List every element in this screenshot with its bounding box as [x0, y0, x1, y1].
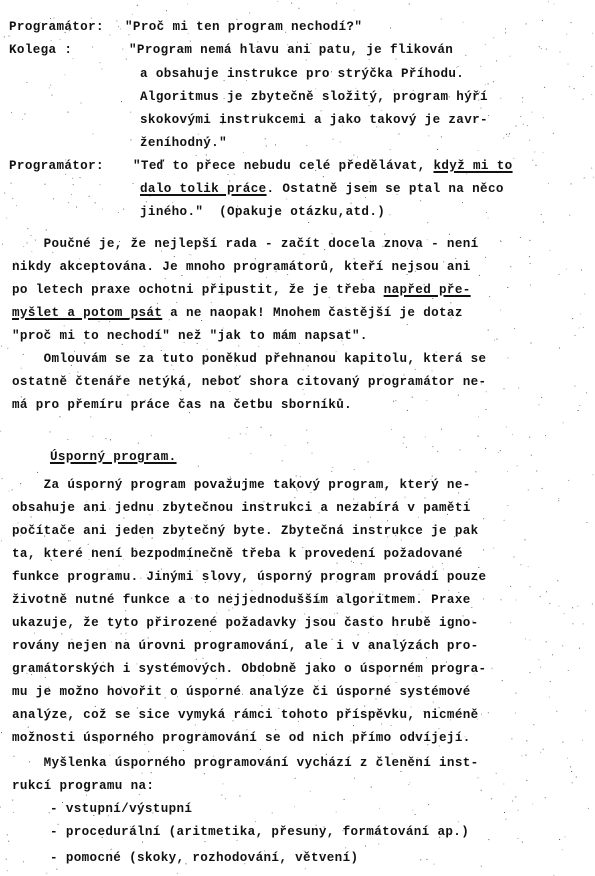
list-item: - procedurální (aritmetika, přesuny, for… [50, 825, 469, 839]
text-segment: Poučné je, že nejlepší rada - začít doce… [12, 237, 479, 251]
dialogue-line: skokovými instrukcemi a jako takový je z… [140, 113, 488, 127]
list-item: - pomocné (skoky, rozhodování, větvení) [50, 851, 358, 865]
dialogue-line: jiného." (Opakuje otázku,atd.) [140, 205, 385, 219]
paragraph-line: rukcí programu na: [12, 779, 154, 793]
dialogue-speaker: Programátor: [9, 20, 104, 34]
paragraph-line: "proč mi to nechodí" než "jak to mám nap… [12, 329, 368, 343]
paragraph-line: obsahuje ani jednu zbytečnou instrukci a… [12, 501, 471, 515]
dialogue-speaker: Programátor: [9, 159, 104, 173]
paragraph-line: Za úsporný program považujme takový prog… [12, 478, 471, 492]
dialogue-line: "Program nemá hlavu ani patu, je fliková… [129, 43, 453, 57]
paragraph-line: Omlouvám se za tuto poněkud přehnanou ka… [12, 352, 486, 366]
text-segment: jiného." (Opakuje otázku,atd.) [140, 205, 385, 219]
paragraph-line: funkce programu. Jinými slovy, úsporný p… [12, 570, 486, 584]
paragraph-line: životně nutné funkce a to nejjednodušším… [12, 593, 471, 607]
paragraph-line: ta, které není bezpodmínečně třeba k pro… [12, 547, 463, 561]
list-item: - vstupní/výstupní [50, 802, 192, 816]
text-segment: a ne naopak! Mnohem častější je dotaz [162, 306, 462, 320]
paragraph-line: nikdy akceptována. Je mnoho programátorů… [12, 260, 471, 274]
scanned-document-page: Programátor: "Proč mi ten program nechod… [0, 0, 595, 876]
underlined-text: když mi to [433, 159, 512, 173]
dialogue-speaker: Kolega : [9, 43, 72, 57]
paragraph-line: ukazuje, že tyto přirozené požadavky jso… [12, 616, 479, 630]
text-segment: po letech praxe ochotni připustit, že je… [12, 283, 384, 297]
paragraph-line: ostatně čtenáře netýká, neboť shora cito… [12, 375, 486, 389]
paragraph-line: gramátorských i systémových. Obdobně jak… [12, 662, 486, 676]
paragraph-line: počítače ani jeden zbytečný byte. Zbyteč… [12, 524, 479, 538]
paragraph-line: Poučné je, že nejlepší rada - začít doce… [12, 237, 479, 251]
underlined-text: napřed pře- [384, 283, 471, 297]
paragraph-line: mu je možno hovořit o úsporné analýze či… [12, 685, 471, 699]
paragraph-line: po letech praxe ochotni připustit, že je… [12, 283, 471, 297]
underlined-text: myšlet a potom psát [12, 306, 162, 320]
section-heading: Úsporný program. [50, 450, 177, 464]
underlined-text: dalo tolik práce [140, 182, 267, 196]
paragraph-line: analýze, což se sice vymyká rámci tohoto… [12, 708, 479, 722]
text-segment: "Teď to přece nebudu celé předělávat, [133, 159, 433, 173]
text-segment: . Ostatně jsem se ptal na něco [267, 182, 504, 196]
dialogue-line: ženíhodný." [140, 136, 227, 150]
dialogue-line: Algoritmus je zbytečně složitý, program … [140, 90, 488, 104]
text-segment: "proč mi to nechodí" než "jak to mám nap… [12, 329, 368, 343]
dialogue-line: "Teď to přece nebudu celé předělávat, kd… [133, 159, 513, 173]
paragraph-line: Myšlenka úsporného programování vychází … [12, 756, 479, 770]
dialogue-line: dalo tolik práce. Ostatně jsem se ptal n… [140, 182, 504, 196]
paragraph-line: myšlet a potom psát a ne naopak! Mnohem … [12, 306, 463, 320]
text-segment: nikdy akceptována. Je mnoho programátorů… [12, 260, 471, 274]
paragraph-line: má pro přemíru práce čas na četbu sborní… [12, 398, 352, 412]
paragraph-line: možnosti úsporného programování se od ni… [12, 731, 471, 745]
paragraph-line: rovány nejen na úrovni programování, ale… [12, 639, 479, 653]
dialogue-line: "Proč mi ten program nechodí?" [125, 20, 362, 34]
dialogue-line: a obsahuje instrukce pro strýčka Příhodu… [140, 67, 464, 81]
